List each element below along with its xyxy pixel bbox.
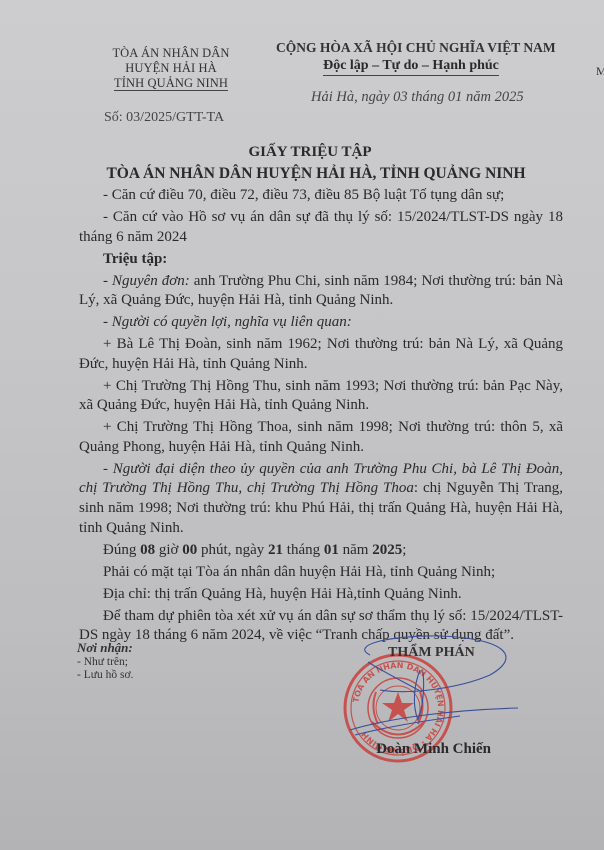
- related-party: + Chị Trường Thị Hồng Thu, sinh năm 1993…: [79, 377, 563, 416]
- judge-name: Đoàn Minh Chiến: [376, 741, 491, 758]
- related-party: + Bà Lê Thị Đoàn, sinh năm 1962; Nơi thư…: [79, 335, 563, 374]
- address: Địa chỉ: thị trấn Quảng Hà, huyện Hải Hà…: [79, 585, 563, 605]
- judge-title: THẨM PHÁN: [388, 645, 475, 661]
- court-header: TÒA ÁN NHÂN DÂN HUYỆN HẢI HÀ TỈNH QUẢNG …: [86, 46, 256, 91]
- hearing-time: Đúng 08 giờ 00 phút, ngày 21 tháng 01 nă…: [79, 541, 563, 561]
- court-name-line1: TÒA ÁN NHÂN DÂN: [86, 46, 256, 61]
- nation-name: CỘNG HÒA XÃ HỘI CHỦ NGHĨA VIỆT NAM: [276, 40, 576, 56]
- plaintiff-label: - Nguyên đơn:: [103, 273, 190, 289]
- court-name-line3: TỈNH QUẢNG NINH: [114, 76, 228, 91]
- recipients: Nơi nhận: - Như trên; - Lưu hồ sơ.: [77, 641, 133, 682]
- representative-paragraph: - Người đại diện theo ủy quyền của anh T…: [79, 460, 563, 538]
- year: 2025: [372, 542, 402, 558]
- national-header: CỘNG HÒA XÃ HỘI CHỦ NGHĨA VIỆT NAM Độc l…: [276, 40, 576, 76]
- related-party: + Chị Trường Thị Hồng Thoa, sinh năm 199…: [79, 418, 563, 457]
- recipient-item: - Lưu hồ sơ.: [77, 669, 133, 682]
- national-motto: Độc lập – Tự do – Hạnh phúc: [323, 58, 499, 76]
- minute: 00: [182, 542, 197, 558]
- month: 01: [324, 542, 339, 558]
- recipients-title: Nơi nhận:: [77, 641, 133, 654]
- legal-basis-2: - Căn cứ vào Hồ sơ vụ án dân sự đã thụ l…: [79, 208, 563, 247]
- attend-location: Phải có mặt tại Tòa án nhân dân huyện Hả…: [79, 563, 563, 583]
- place-date: Hải Hà, ngày 03 tháng 01 năm 2025: [311, 89, 524, 106]
- related-parties-label: - Người có quyền lợi, nghĩa vụ liên quan…: [79, 313, 563, 333]
- document-title: GIẤY TRIỆU TẬP: [0, 144, 604, 161]
- legal-basis-1: - Căn cứ điều 70, điều 72, điều 73, điều…: [79, 186, 563, 206]
- hour: 08: [140, 542, 155, 558]
- plaintiff-paragraph: - Nguyên đơn: anh Trường Phu Chi, sinh n…: [79, 272, 563, 311]
- document-body: - Căn cứ điều 70, điều 72, điều 73, điều…: [79, 186, 563, 648]
- day: 21: [268, 542, 283, 558]
- recipient-item: - Như trên;: [77, 656, 133, 669]
- document-number: Số: 03/2025/GTT-TA: [104, 110, 224, 126]
- document-subtitle: TÒA ÁN NHÂN DÂN HUYỆN HẢI HÀ, TỈNH QUẢNG…: [0, 165, 604, 183]
- court-name-line2: HUYỆN HẢI HÀ: [86, 61, 256, 76]
- edge-text: M: [596, 64, 604, 79]
- summon-label: Triệu tập:: [79, 250, 563, 270]
